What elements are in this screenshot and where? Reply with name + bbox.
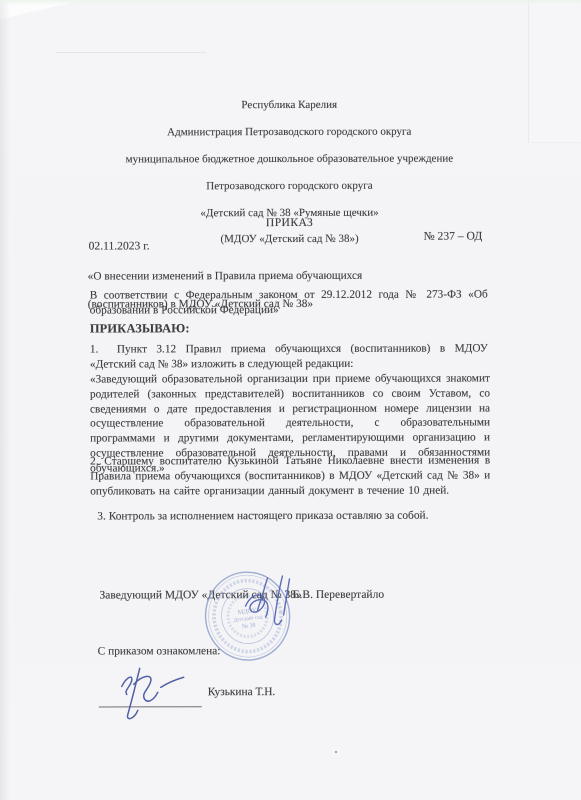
order-subject-line: «О внесении изменений в Правила приема о… <box>88 268 498 283</box>
letterhead-line: Петрозаводского городского округа <box>57 179 521 194</box>
acknowledgment-label: С приказом ознакомлена: <box>98 645 221 657</box>
order-title: ПРИКАЗ <box>58 215 522 229</box>
director-name: Е.В. Перевертайло <box>292 589 384 601</box>
letterhead-line: муниципальное бюджетное дошкольное образ… <box>57 152 521 167</box>
order-item-1-number: 1. <box>90 342 117 357</box>
order-preamble: В соответствии с Федеральным законом от … <box>90 287 488 318</box>
letterhead-line: Администрация Петрозаводского городского… <box>57 126 521 141</box>
scanned-order-page: Республика Карелия Администрация Петроза… <box>0 0 581 800</box>
order-number: № 237 – ОД <box>424 229 483 242</box>
document-content: Республика Карелия Администрация Петроза… <box>0 0 581 800</box>
order-item-3: 3. Контроль за исполнением настоящего пр… <box>97 510 428 523</box>
acknowledger-signature-ink <box>104 664 204 722</box>
acknowledger-name: Кузькина Т.Н. <box>208 686 276 698</box>
letterhead-line: Республика Карелия <box>57 99 521 114</box>
resolve-label: ПРИКАЗЫВАЮ: <box>90 321 190 336</box>
order-item-1-text: Пункт 3.12 Правил приема обучающихся (во… <box>90 342 488 370</box>
order-date: 02.11.2023 г. <box>89 239 150 252</box>
order-item-1: 1.Пункт 3.12 Правил приема обучающихся (… <box>90 341 488 373</box>
director-signature-ink <box>237 575 305 629</box>
order-item-2: 2. Старшему воспитателю Кузькиной Татьян… <box>90 453 490 498</box>
